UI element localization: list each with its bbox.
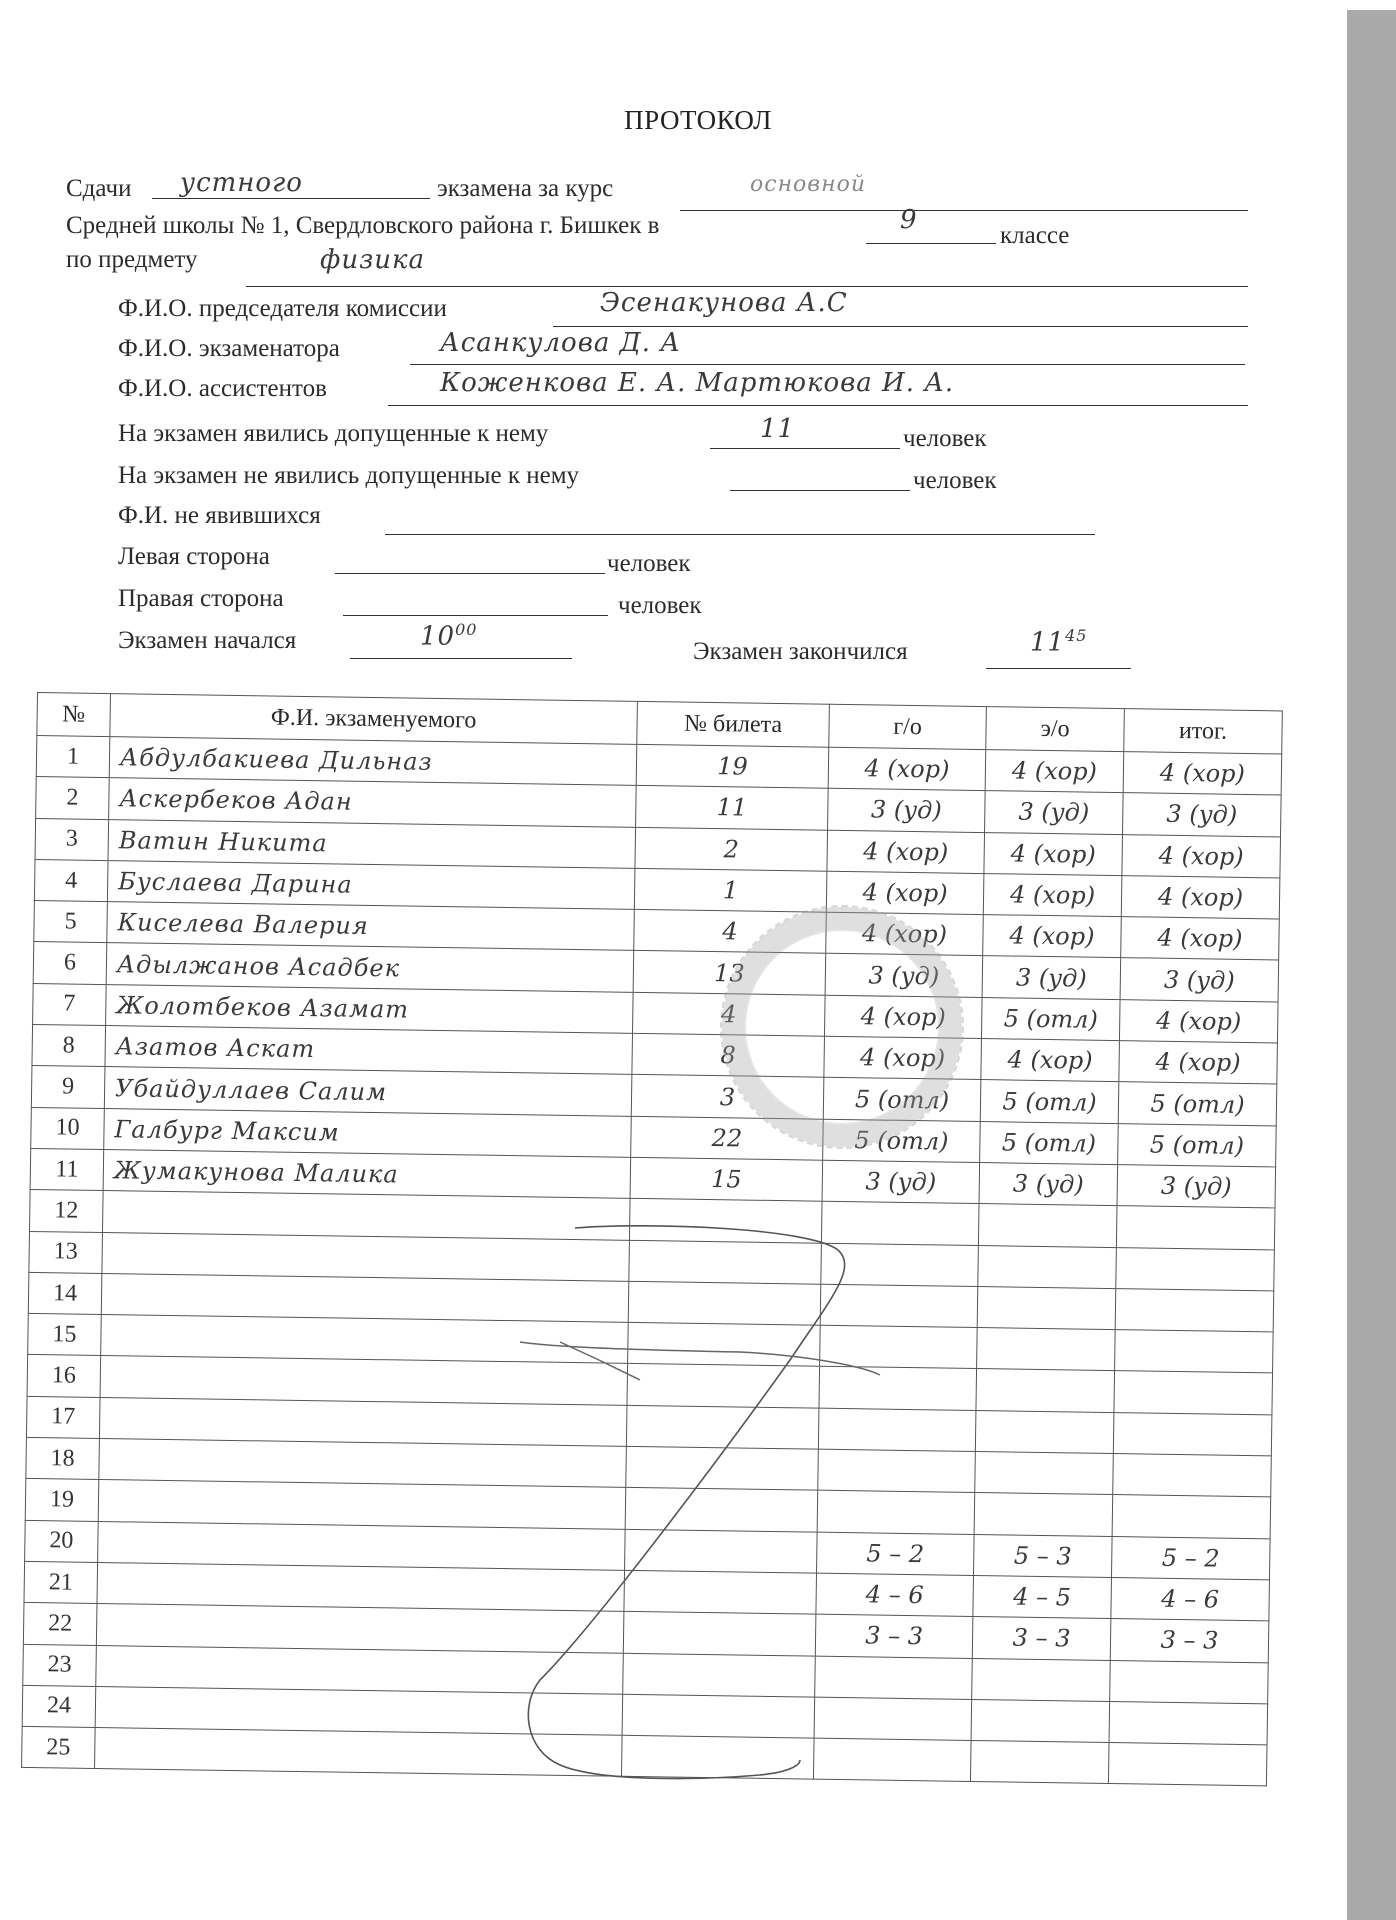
- written-grade: [814, 1697, 972, 1741]
- end-time-value: 1145: [1030, 626, 1087, 658]
- row-number: 3: [35, 818, 109, 860]
- oral-grade: [971, 1699, 1110, 1742]
- document-title: ПРОТОКОЛ: [0, 105, 1396, 136]
- written-grade: [815, 1656, 973, 1700]
- course-label: экзамена за курс: [437, 175, 613, 203]
- total-grade: 4 (хор): [1119, 1041, 1278, 1085]
- total-grade: [1115, 1288, 1274, 1332]
- total-grade: [1113, 1454, 1272, 1498]
- ticket-number: [625, 1488, 818, 1532]
- exam-type-field[interactable]: [152, 198, 430, 199]
- ticket-number: [627, 1364, 820, 1408]
- assistants-field[interactable]: [388, 405, 1248, 406]
- course-value: основной: [750, 172, 866, 197]
- total-grade: 4 (хор): [1123, 752, 1282, 796]
- written-grade: 3 (уд): [825, 954, 983, 998]
- row-number: 21: [24, 1561, 98, 1603]
- ticket-number: [623, 1653, 816, 1697]
- oral-grade: 4 (хор): [984, 832, 1123, 875]
- oral-grade: 3 – 3: [972, 1617, 1111, 1660]
- attended-label: На экзамен явились допущенные к нему: [118, 420, 548, 448]
- header-ticket: № билета: [637, 701, 830, 747]
- attended-field[interactable]: [710, 448, 900, 449]
- chairman-field[interactable]: [553, 326, 1248, 327]
- subject-value: физика: [320, 245, 425, 275]
- total-grade: 4 (хор): [1119, 999, 1278, 1043]
- written-grade: 4 (хор): [827, 830, 985, 874]
- subject-label: по предмету: [66, 246, 198, 274]
- row-number: 1: [36, 736, 110, 778]
- header-oral-grade: э/о: [986, 707, 1125, 752]
- total-grade: [1115, 1330, 1274, 1374]
- attended-unit: человек: [903, 425, 987, 453]
- row-number: 9: [31, 1066, 105, 1108]
- oral-grade: 5 – 3: [973, 1534, 1112, 1577]
- row-number: 17: [26, 1396, 100, 1438]
- written-grade: [818, 1449, 976, 1493]
- ticket-number: [622, 1694, 815, 1738]
- row-number: 15: [28, 1314, 102, 1356]
- subject-field[interactable]: [246, 286, 1248, 287]
- written-grade: [821, 1243, 979, 1287]
- written-grade: 3 (уд): [828, 789, 986, 833]
- oral-grade: [977, 1328, 1116, 1371]
- written-grade: 3 (уд): [822, 1160, 980, 1204]
- oral-grade: [977, 1286, 1116, 1329]
- exam-type-value: устного: [180, 168, 303, 198]
- written-grade: 4 (хор): [824, 995, 982, 1039]
- written-grade: 4 – 6: [816, 1573, 974, 1617]
- grade-suffix: классе: [1000, 222, 1069, 250]
- row-number: 2: [36, 777, 110, 819]
- oral-grade: 4 (хор): [981, 1039, 1120, 1082]
- written-grade: [820, 1325, 978, 1369]
- total-grade: [1114, 1371, 1273, 1415]
- ticket-number: [621, 1735, 814, 1779]
- written-grade: [813, 1738, 971, 1782]
- ticket-number: 11: [636, 786, 829, 830]
- row-number: 16: [27, 1355, 101, 1397]
- course-field[interactable]: [680, 210, 1248, 211]
- ticket-number: [628, 1281, 821, 1325]
- row-number: 20: [25, 1520, 99, 1562]
- row-number: 11: [30, 1148, 104, 1190]
- oral-grade: 5 (отл): [980, 1121, 1119, 1164]
- total-grade: 3 (уд): [1120, 958, 1279, 1002]
- start-time-value: 1000: [420, 620, 477, 652]
- header-written-grade: г/о: [829, 704, 987, 749]
- assistants-value: Коженкова Е. А. Мартюкова И. А.: [440, 368, 954, 398]
- written-grade: 5 (отл): [823, 1078, 981, 1122]
- results-table: № Ф.И. экзаменуемого № билета г/о э/о ит…: [21, 692, 1282, 1788]
- absent-names-field[interactable]: [385, 534, 1095, 535]
- assistants-label: Ф.И.О. ассистентов: [118, 375, 327, 403]
- oral-grade: [970, 1741, 1109, 1784]
- written-grade: [819, 1367, 977, 1411]
- row-number: 24: [22, 1685, 96, 1727]
- written-grade: 4 (хор): [828, 747, 986, 791]
- chairman-label: Ф.И.О. председателя комиссии: [118, 295, 447, 323]
- ticket-number: 22: [631, 1116, 824, 1160]
- left-side-field[interactable]: [335, 573, 605, 574]
- written-grade: [820, 1284, 978, 1328]
- ticket-number: 15: [630, 1157, 823, 1201]
- row-number: 19: [25, 1479, 99, 1521]
- absent-names-label: Ф.И. не явившихся: [118, 502, 321, 530]
- oral-grade: 4 (хор): [983, 915, 1122, 958]
- row-number: 4: [34, 859, 108, 901]
- total-grade: 5 – 2: [1111, 1536, 1270, 1580]
- oral-grade: 3 (уд): [985, 791, 1124, 834]
- row-number: 22: [23, 1603, 97, 1645]
- right-side-field[interactable]: [343, 615, 608, 616]
- total-grade: 3 – 3: [1110, 1619, 1269, 1663]
- ticket-number: [629, 1199, 822, 1243]
- row-number: 10: [31, 1107, 105, 1149]
- oral-grade: 5 (отл): [980, 1080, 1119, 1123]
- ticket-number: 13: [633, 951, 826, 995]
- end-time-field[interactable]: [986, 668, 1131, 669]
- total-grade: [1112, 1495, 1271, 1539]
- ticket-number: [628, 1322, 821, 1366]
- written-grade: [817, 1491, 975, 1535]
- row-number: 12: [30, 1190, 104, 1232]
- grade-field[interactable]: [866, 243, 996, 244]
- left-side-unit: человек: [607, 550, 691, 578]
- ticket-number: [624, 1570, 817, 1614]
- oral-grade: [975, 1452, 1114, 1495]
- start-time-field[interactable]: [350, 658, 572, 659]
- total-grade: 4 (хор): [1121, 876, 1280, 920]
- row-number: 7: [33, 983, 107, 1025]
- total-grade: 5 (отл): [1118, 1123, 1277, 1167]
- row-number: 23: [23, 1644, 97, 1686]
- left-side-label: Левая сторона: [118, 543, 270, 571]
- oral-grade: [975, 1410, 1114, 1453]
- written-grade: 5 (отл): [823, 1119, 981, 1163]
- oral-grade: [978, 1204, 1117, 1247]
- examiner-label: Ф.И.О. экзаменатора: [118, 335, 340, 363]
- absent-label: На экзамен не явились допущенные к нему: [118, 462, 579, 490]
- total-grade: 4 – 6: [1111, 1577, 1270, 1621]
- absent-unit: человек: [913, 467, 997, 495]
- ticket-number: 1: [634, 868, 827, 912]
- ticket-number: 3: [631, 1075, 824, 1119]
- header-number: №: [37, 693, 111, 737]
- chairman-value: Эсенакунова А.С: [600, 288, 848, 318]
- grade-value: 9: [900, 205, 918, 235]
- total-grade: 4 (хор): [1122, 834, 1281, 878]
- oral-grade: 3 (уд): [979, 1163, 1118, 1206]
- exam-type-label: Сдачи: [66, 175, 131, 203]
- ticket-number: 2: [635, 827, 828, 871]
- written-grade: 4 (хор): [826, 912, 984, 956]
- oral-grade: [976, 1369, 1115, 1412]
- absent-field[interactable]: [730, 490, 910, 491]
- scanner-edge: [1347, 10, 1396, 1920]
- ticket-number: [623, 1612, 816, 1656]
- examiner-value: Асанкулова Д. А: [440, 328, 681, 358]
- ticket-number: [626, 1446, 819, 1490]
- right-side-unit: человек: [618, 592, 702, 620]
- total-grade: [1110, 1660, 1269, 1704]
- start-label: Экзамен начался: [118, 627, 296, 655]
- student-name: [95, 1728, 623, 1777]
- oral-grade: [978, 1245, 1117, 1288]
- oral-grade: 5 (отл): [981, 997, 1120, 1040]
- school-label: Средней школы № 1, Свердловского района …: [66, 212, 659, 240]
- written-grade: [818, 1408, 976, 1452]
- total-grade: [1113, 1412, 1272, 1456]
- row-number: 6: [33, 942, 107, 984]
- ticket-number: [629, 1240, 822, 1284]
- total-grade: 3 (уд): [1123, 793, 1282, 837]
- right-side-label: Правая сторона: [118, 585, 284, 613]
- ticket-number: 19: [636, 744, 829, 788]
- row-number: 18: [26, 1437, 100, 1479]
- total-grade: [1109, 1701, 1268, 1745]
- row-number: 8: [32, 1025, 106, 1067]
- header-total-grade: итог.: [1124, 709, 1283, 754]
- oral-grade: [974, 1493, 1113, 1536]
- written-grade: [821, 1201, 979, 1245]
- total-grade: [1116, 1206, 1275, 1250]
- oral-grade: 4 (хор): [983, 873, 1122, 916]
- row-number: 13: [29, 1231, 103, 1273]
- ticket-number: 4: [634, 910, 827, 954]
- total-grade: [1116, 1247, 1275, 1291]
- total-grade: 4 (хор): [1121, 917, 1280, 961]
- written-grade: 3 – 3: [815, 1614, 973, 1658]
- row-number: 14: [28, 1272, 102, 1314]
- row-number: 5: [34, 901, 108, 943]
- ticket-number: 4: [633, 992, 826, 1036]
- total-grade: 5 (отл): [1118, 1082, 1277, 1126]
- row-number: 25: [22, 1727, 96, 1769]
- written-grade: 5 – 2: [817, 1532, 975, 1576]
- oral-grade: 3 (уд): [982, 956, 1121, 999]
- written-grade: 4 (хор): [826, 871, 984, 915]
- oral-grade: 4 (хор): [985, 750, 1124, 793]
- written-grade: 4 (хор): [824, 1036, 982, 1080]
- end-label: Экзамен закончился: [693, 638, 908, 666]
- ticket-number: [626, 1405, 819, 1449]
- examiner-field[interactable]: [410, 364, 1245, 365]
- attended-value: 11: [760, 414, 795, 444]
- total-grade: 3 (уд): [1117, 1165, 1276, 1209]
- ticket-number: [625, 1529, 818, 1573]
- total-grade: [1108, 1743, 1267, 1787]
- oral-grade: [972, 1658, 1111, 1701]
- ticket-number: 8: [632, 1033, 825, 1077]
- oral-grade: 4 – 5: [973, 1575, 1112, 1618]
